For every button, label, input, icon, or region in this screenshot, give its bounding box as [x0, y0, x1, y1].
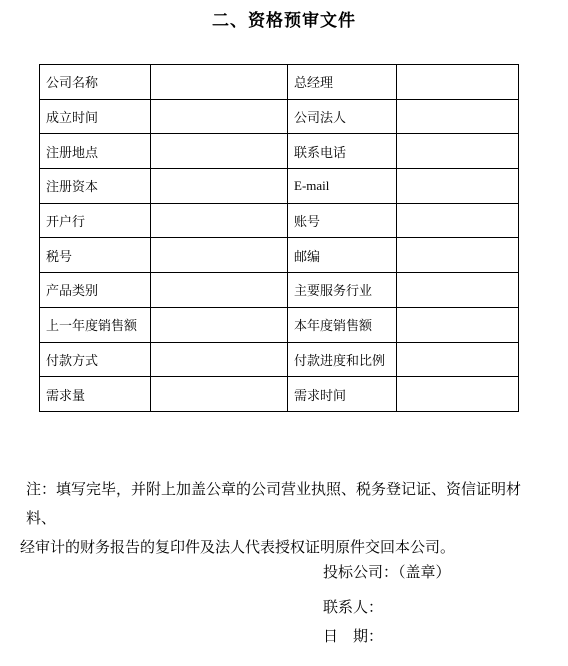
email-label: E-mail	[288, 169, 397, 204]
demand-time-label: 需求时间	[288, 377, 397, 412]
account-number-value-cell[interactable]	[397, 203, 519, 238]
register-capital-value-cell[interactable]	[151, 169, 288, 204]
bank-value-cell[interactable]	[151, 203, 288, 238]
table-row: 开户行 账号	[40, 203, 519, 238]
register-address-label: 注册地点	[40, 134, 151, 169]
table-row: 税号 邮编	[40, 238, 519, 273]
contact-person-line: 联系人：	[323, 601, 451, 616]
main-service-industry-label: 主要服务行业	[288, 273, 397, 308]
postal-code-value-cell[interactable]	[397, 238, 519, 273]
email-value-cell[interactable]	[397, 169, 519, 204]
table-row: 公司名称 总经理	[40, 65, 519, 100]
payment-schedule-ratio-value-cell[interactable]	[397, 342, 519, 377]
table-row: 需求量 需求时间	[40, 377, 519, 412]
demand-time-value-cell[interactable]	[397, 377, 519, 412]
this-year-sales-label: 本年度销售额	[288, 307, 397, 342]
signature-block: 投标公司：（盖章） 联系人： 日 期：	[323, 566, 451, 645]
table-row: 上一年度销售额 本年度销售额	[40, 307, 519, 342]
qualification-form-table: 公司名称 总经理 成立时间 公司法人 注册地点 联系电话 注册资本 E-mai	[39, 64, 519, 412]
register-capital-label: 注册资本	[40, 169, 151, 204]
last-year-sales-label: 上一年度销售额	[40, 307, 151, 342]
main-service-industry-value-cell[interactable]	[397, 273, 519, 308]
contact-phone-label: 联系电话	[288, 134, 397, 169]
last-year-sales-value-cell[interactable]	[151, 307, 288, 342]
bank-label: 开户行	[40, 203, 151, 238]
company-name-value-cell[interactable]	[151, 65, 288, 100]
account-number-label: 账号	[288, 203, 397, 238]
register-address-value-cell[interactable]	[151, 134, 288, 169]
table-row: 成立时间 公司法人	[40, 99, 519, 134]
establish-date-value-cell[interactable]	[151, 99, 288, 134]
note-line: 注：填写完毕，并附上加盖公章的公司营业执照、税务登记证、资信证明材料、	[26, 476, 542, 534]
this-year-sales-value-cell[interactable]	[397, 307, 519, 342]
note-paragraph: 注：填写完毕，并附上加盖公章的公司营业执照、税务登记证、资信证明材料、 经审计的…	[20, 476, 542, 563]
general-manager-value-cell[interactable]	[397, 65, 519, 100]
table-row: 产品类别 主要服务行业	[40, 273, 519, 308]
general-manager-label: 总经理	[288, 65, 397, 100]
payment-method-value-cell[interactable]	[151, 342, 288, 377]
payment-method-label: 付款方式	[40, 342, 151, 377]
note-line: 经审计的财务报告的复印件及法人代表授权证明原件交回本公司。	[20, 534, 542, 563]
legal-person-value-cell[interactable]	[397, 99, 519, 134]
product-category-label: 产品类别	[40, 273, 151, 308]
document-page: 二、资格预审文件 公司名称 总经理 成立时间 公司法人 注册地点 联系电话	[0, 0, 568, 666]
legal-person-label: 公司法人	[288, 99, 397, 134]
establish-date-label: 成立时间	[40, 99, 151, 134]
contact-phone-value-cell[interactable]	[397, 134, 519, 169]
tax-number-value-cell[interactable]	[151, 238, 288, 273]
bidder-company-seal-line: 投标公司：（盖章）	[323, 566, 451, 581]
demand-quantity-value-cell[interactable]	[151, 377, 288, 412]
company-name-label: 公司名称	[40, 65, 151, 100]
document-title: 二、资格预审文件	[0, 6, 568, 31]
payment-schedule-ratio-label: 付款进度和比例	[288, 342, 397, 377]
date-line: 日 期：	[323, 630, 451, 645]
table-row: 付款方式 付款进度和比例	[40, 342, 519, 377]
table-row: 注册地点 联系电话	[40, 134, 519, 169]
postal-code-label: 邮编	[288, 238, 397, 273]
demand-quantity-label: 需求量	[40, 377, 151, 412]
tax-number-label: 税号	[40, 238, 151, 273]
product-category-value-cell[interactable]	[151, 273, 288, 308]
table-row: 注册资本 E-mail	[40, 169, 519, 204]
